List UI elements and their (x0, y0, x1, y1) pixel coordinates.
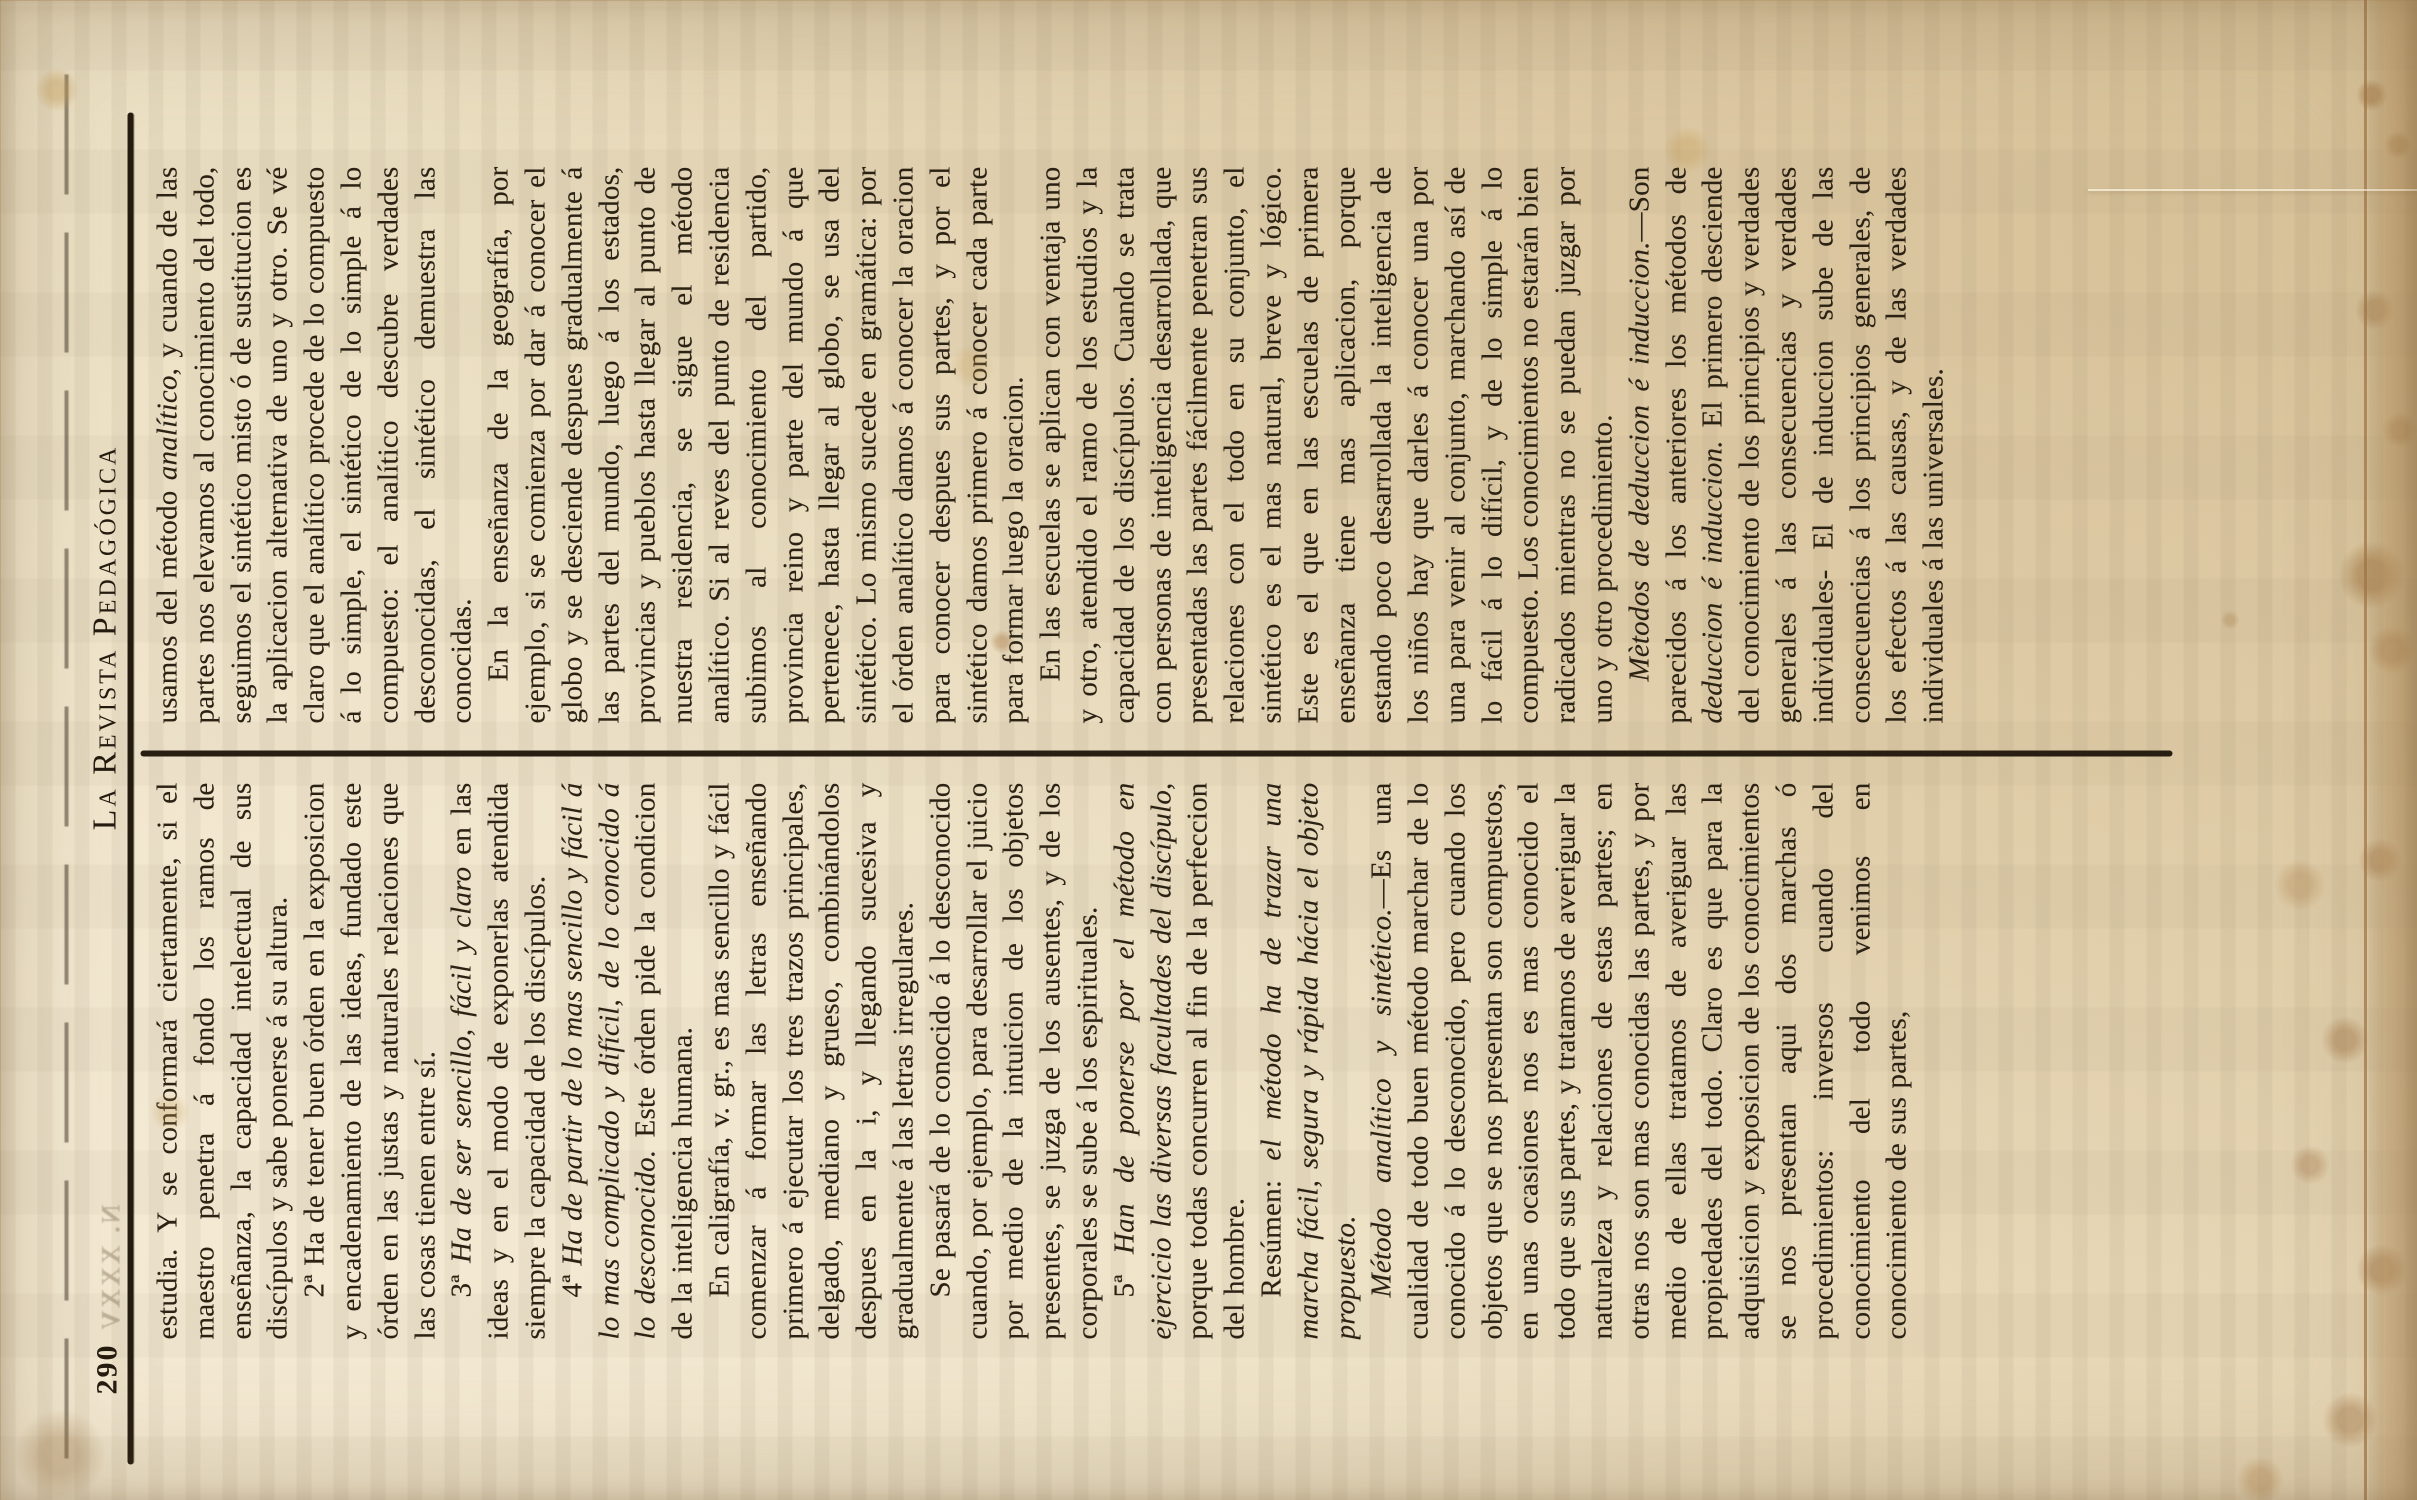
text-segment: En caligrafía, v. gr., es mas sencillo y… (703, 782, 919, 1339)
paragraph: Se pasará de lo conocido á lo desconocid… (922, 782, 1106, 1339)
text-segment: 3ª (445, 1262, 477, 1297)
paragraph: Resúmen: el método ha de trazar una marc… (1253, 782, 1363, 1339)
paragraph: 5ª Han de ponerse por el método en ejerc… (1106, 782, 1253, 1339)
right-column: usamos del método analítico, y cuando de… (149, 166, 2175, 723)
text-segment: 2ª Ha de tener buen órden en la exposici… (298, 782, 440, 1339)
italic-text-segment: analítico (151, 375, 183, 480)
text-segment: 5ª (1108, 1254, 1140, 1297)
paragraph: usamos del método analítico, y cuando de… (149, 166, 480, 723)
scanned-book-photo: 290 N. XXXV La Revista Pedagógica estudi… (0, 0, 2417, 1500)
paragraph: 3ª Ha de ser sencillo, fácil y claro en … (443, 782, 553, 1339)
header-rule (127, 112, 133, 1464)
text-segment: En las escuelas se aplican con ventaja u… (1034, 166, 1618, 723)
italic-text-segment: deduccion é induccion. (1696, 440, 1728, 723)
text-segment: Se pasará de lo conocido á lo desconocid… (924, 782, 1103, 1339)
text-segment: , y cuando de las partes nos elevamos al… (151, 166, 477, 723)
paragraph: estudia. Y se conformará ciertamente, si… (149, 782, 296, 1339)
text-segment: usamos del método (151, 480, 183, 723)
paragraph: Mètodos de deduccion é induccion.—Son pa… (1621, 166, 1952, 723)
journal-title: La Revista Pedagógica (86, 0, 124, 1500)
italic-text-segment: Ha de ser sencillo, fácil y claro (445, 866, 477, 1262)
text-segment: 4ª (556, 1265, 588, 1297)
text-segment: estudia. Y se conformará ciertamente, si… (151, 782, 293, 1339)
column-divider-rule (140, 750, 2172, 756)
paragraph: Método analítico y sintético.—Es una cua… (1363, 782, 1915, 1339)
italic-text-segment: Método analítico y sintético. (1365, 908, 1397, 1297)
paragraph: En caligrafía, v. gr., es mas sencillo y… (701, 782, 922, 1339)
paragraph: En las escuelas se aplican con ventaja u… (1032, 166, 1621, 723)
text-segment: —Es una cualidad de todo buen método mar… (1365, 782, 1912, 1339)
text-segment: Resúmen: (1255, 1160, 1287, 1297)
left-column: estudia. Y se conformará ciertamente, si… (149, 782, 2175, 1339)
text-segment: porque todas concurren al fin de la perf… (1181, 782, 1250, 1339)
scanned-page: 290 N. XXXV La Revista Pedagógica estudi… (0, 0, 2417, 1500)
showthrough-rule (64, 66, 68, 1458)
paragraph: 4ª Ha de partir de lo mas sencillo y fác… (554, 782, 701, 1339)
paragraph: 2ª Ha de tener buen órden en la exposici… (296, 782, 443, 1339)
running-head: 290 N. XXXV La Revista Pedagógica (0, 0, 150, 1500)
paragraph: En la enseñanza de la geografía, por eje… (480, 166, 1032, 723)
text-segment: El primero desciende del conocimiento de… (1696, 166, 1949, 723)
italic-text-segment: Mètodos de deduccion é induccion. (1623, 241, 1655, 681)
text-segment: En la enseñanza de la geografía, por eje… (482, 166, 1029, 723)
